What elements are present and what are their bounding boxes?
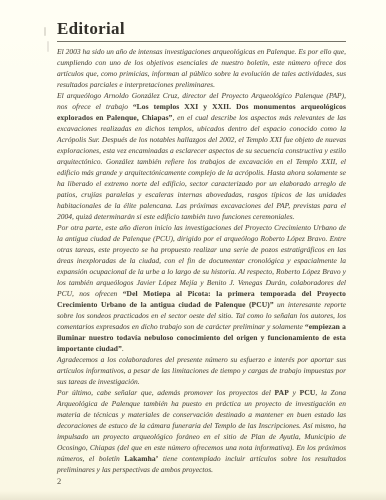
body-text: Por último, cabe señalar que, además pro… [57, 388, 275, 397]
scan-artifact [44, 27, 46, 36]
title-rule [57, 41, 346, 42]
page-title: Editorial [57, 19, 346, 38]
scan-artifact [47, 41, 49, 52]
editorial-content: Editorial El 2003 ha sido un año de inte… [57, 19, 346, 487]
paragraph: Agradecemos a los colaboradores del pres… [57, 354, 346, 387]
body-text: Por otra parte, este año dieron inicio l… [57, 223, 346, 298]
body-text: , la Zona Arqueológica de Palenque tambi… [57, 388, 346, 463]
page-number: 2 [57, 476, 346, 487]
paragraph: Por otra parte, este año dieron inicio l… [57, 222, 346, 354]
emphasis-text: PAP [275, 388, 289, 397]
paragraph: El arqueólogo Arnoldo González Cruz, dir… [57, 90, 346, 222]
body-text: y [289, 388, 300, 397]
paragraph: El 2003 ha sido un año de intensas inves… [57, 46, 346, 90]
body-text: , en el cual describe los aspectos más r… [57, 113, 346, 221]
emphasis-text: Lakamha’ [124, 454, 158, 463]
editorial-body: El 2003 ha sido un año de intensas inves… [57, 46, 346, 475]
body-text: . [122, 344, 124, 353]
document-page: Editorial El 2003 ha sido un año de inte… [0, 0, 386, 500]
paragraph: Por último, cabe señalar que, además pro… [57, 387, 346, 475]
emphasis-text: PCU [300, 388, 316, 397]
body-text: El 2003 ha sido un año de intensas inves… [57, 47, 346, 89]
body-text: Agradecemos a los colaboradores del pres… [57, 355, 346, 386]
